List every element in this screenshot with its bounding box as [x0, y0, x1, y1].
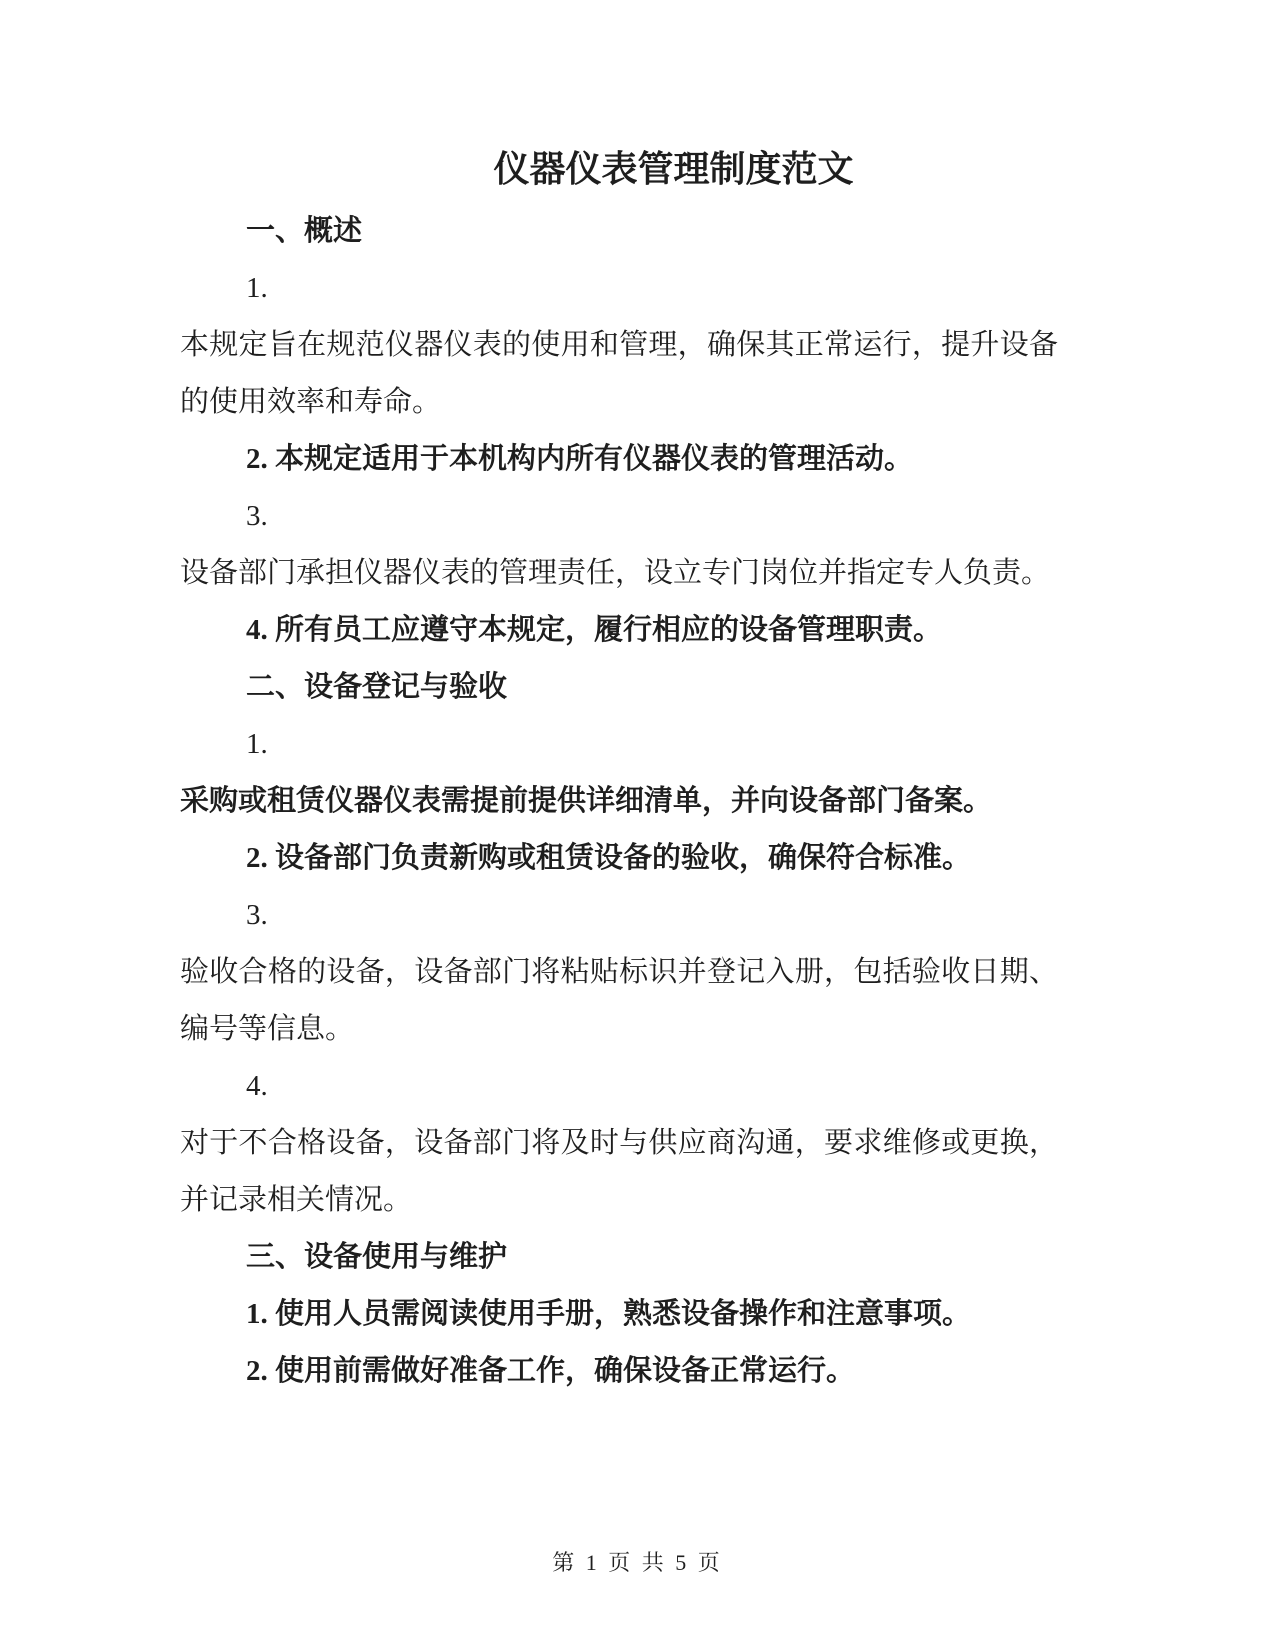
- list-number: 3.: [180, 488, 1058, 545]
- list-item-bold: 1. 使用人员需阅读使用手册，熟悉设备操作和注意事项。: [180, 1286, 1058, 1343]
- section-heading: 三、设备使用与维护: [180, 1229, 1058, 1286]
- list-number: 3.: [180, 887, 1058, 944]
- document-body: 一、概述 1. 本规定旨在规范仪器仪表的使用和管理，确保其正常运行，提升设备的使…: [180, 203, 1058, 1400]
- paragraph-bold: 采购或租赁仪器仪表需提前提供详细清单，并向设备部门备案。: [180, 773, 1058, 830]
- list-number: 4.: [180, 1058, 1058, 1115]
- section-heading: 一、概述: [180, 203, 1058, 260]
- list-number: 1.: [180, 260, 1058, 317]
- list-number: 1.: [180, 716, 1058, 773]
- list-item-bold: 2. 使用前需做好准备工作，确保设备正常运行。: [180, 1343, 1058, 1400]
- document-title: 仪器仪表管理制度范文: [0, 140, 1275, 198]
- paragraph: 验收合格的设备，设备部门将粘贴标识并登记入册，包括验收日期、编号等信息。: [180, 944, 1058, 1058]
- section-heading: 二、设备登记与验收: [180, 659, 1058, 716]
- list-item-bold: 2. 本规定适用于本机构内所有仪器仪表的管理活动。: [180, 431, 1058, 488]
- list-item-bold: 2. 设备部门负责新购或租赁设备的验收，确保符合标准。: [180, 830, 1058, 887]
- page-footer: 第 1 页 共 5 页: [0, 1546, 1275, 1577]
- document-page: 仪器仪表管理制度范文 一、概述 1. 本规定旨在规范仪器仪表的使用和管理，确保其…: [0, 0, 1275, 1650]
- paragraph: 本规定旨在规范仪器仪表的使用和管理，确保其正常运行，提升设备的使用效率和寿命。: [180, 317, 1058, 431]
- list-item-bold: 4. 所有员工应遵守本规定，履行相应的设备管理职责。: [180, 602, 1058, 659]
- paragraph: 对于不合格设备，设备部门将及时与供应商沟通，要求维修或更换，并记录相关情况。: [180, 1115, 1058, 1229]
- paragraph: 设备部门承担仪器仪表的管理责任，设立专门岗位并指定专人负责。: [180, 545, 1058, 602]
